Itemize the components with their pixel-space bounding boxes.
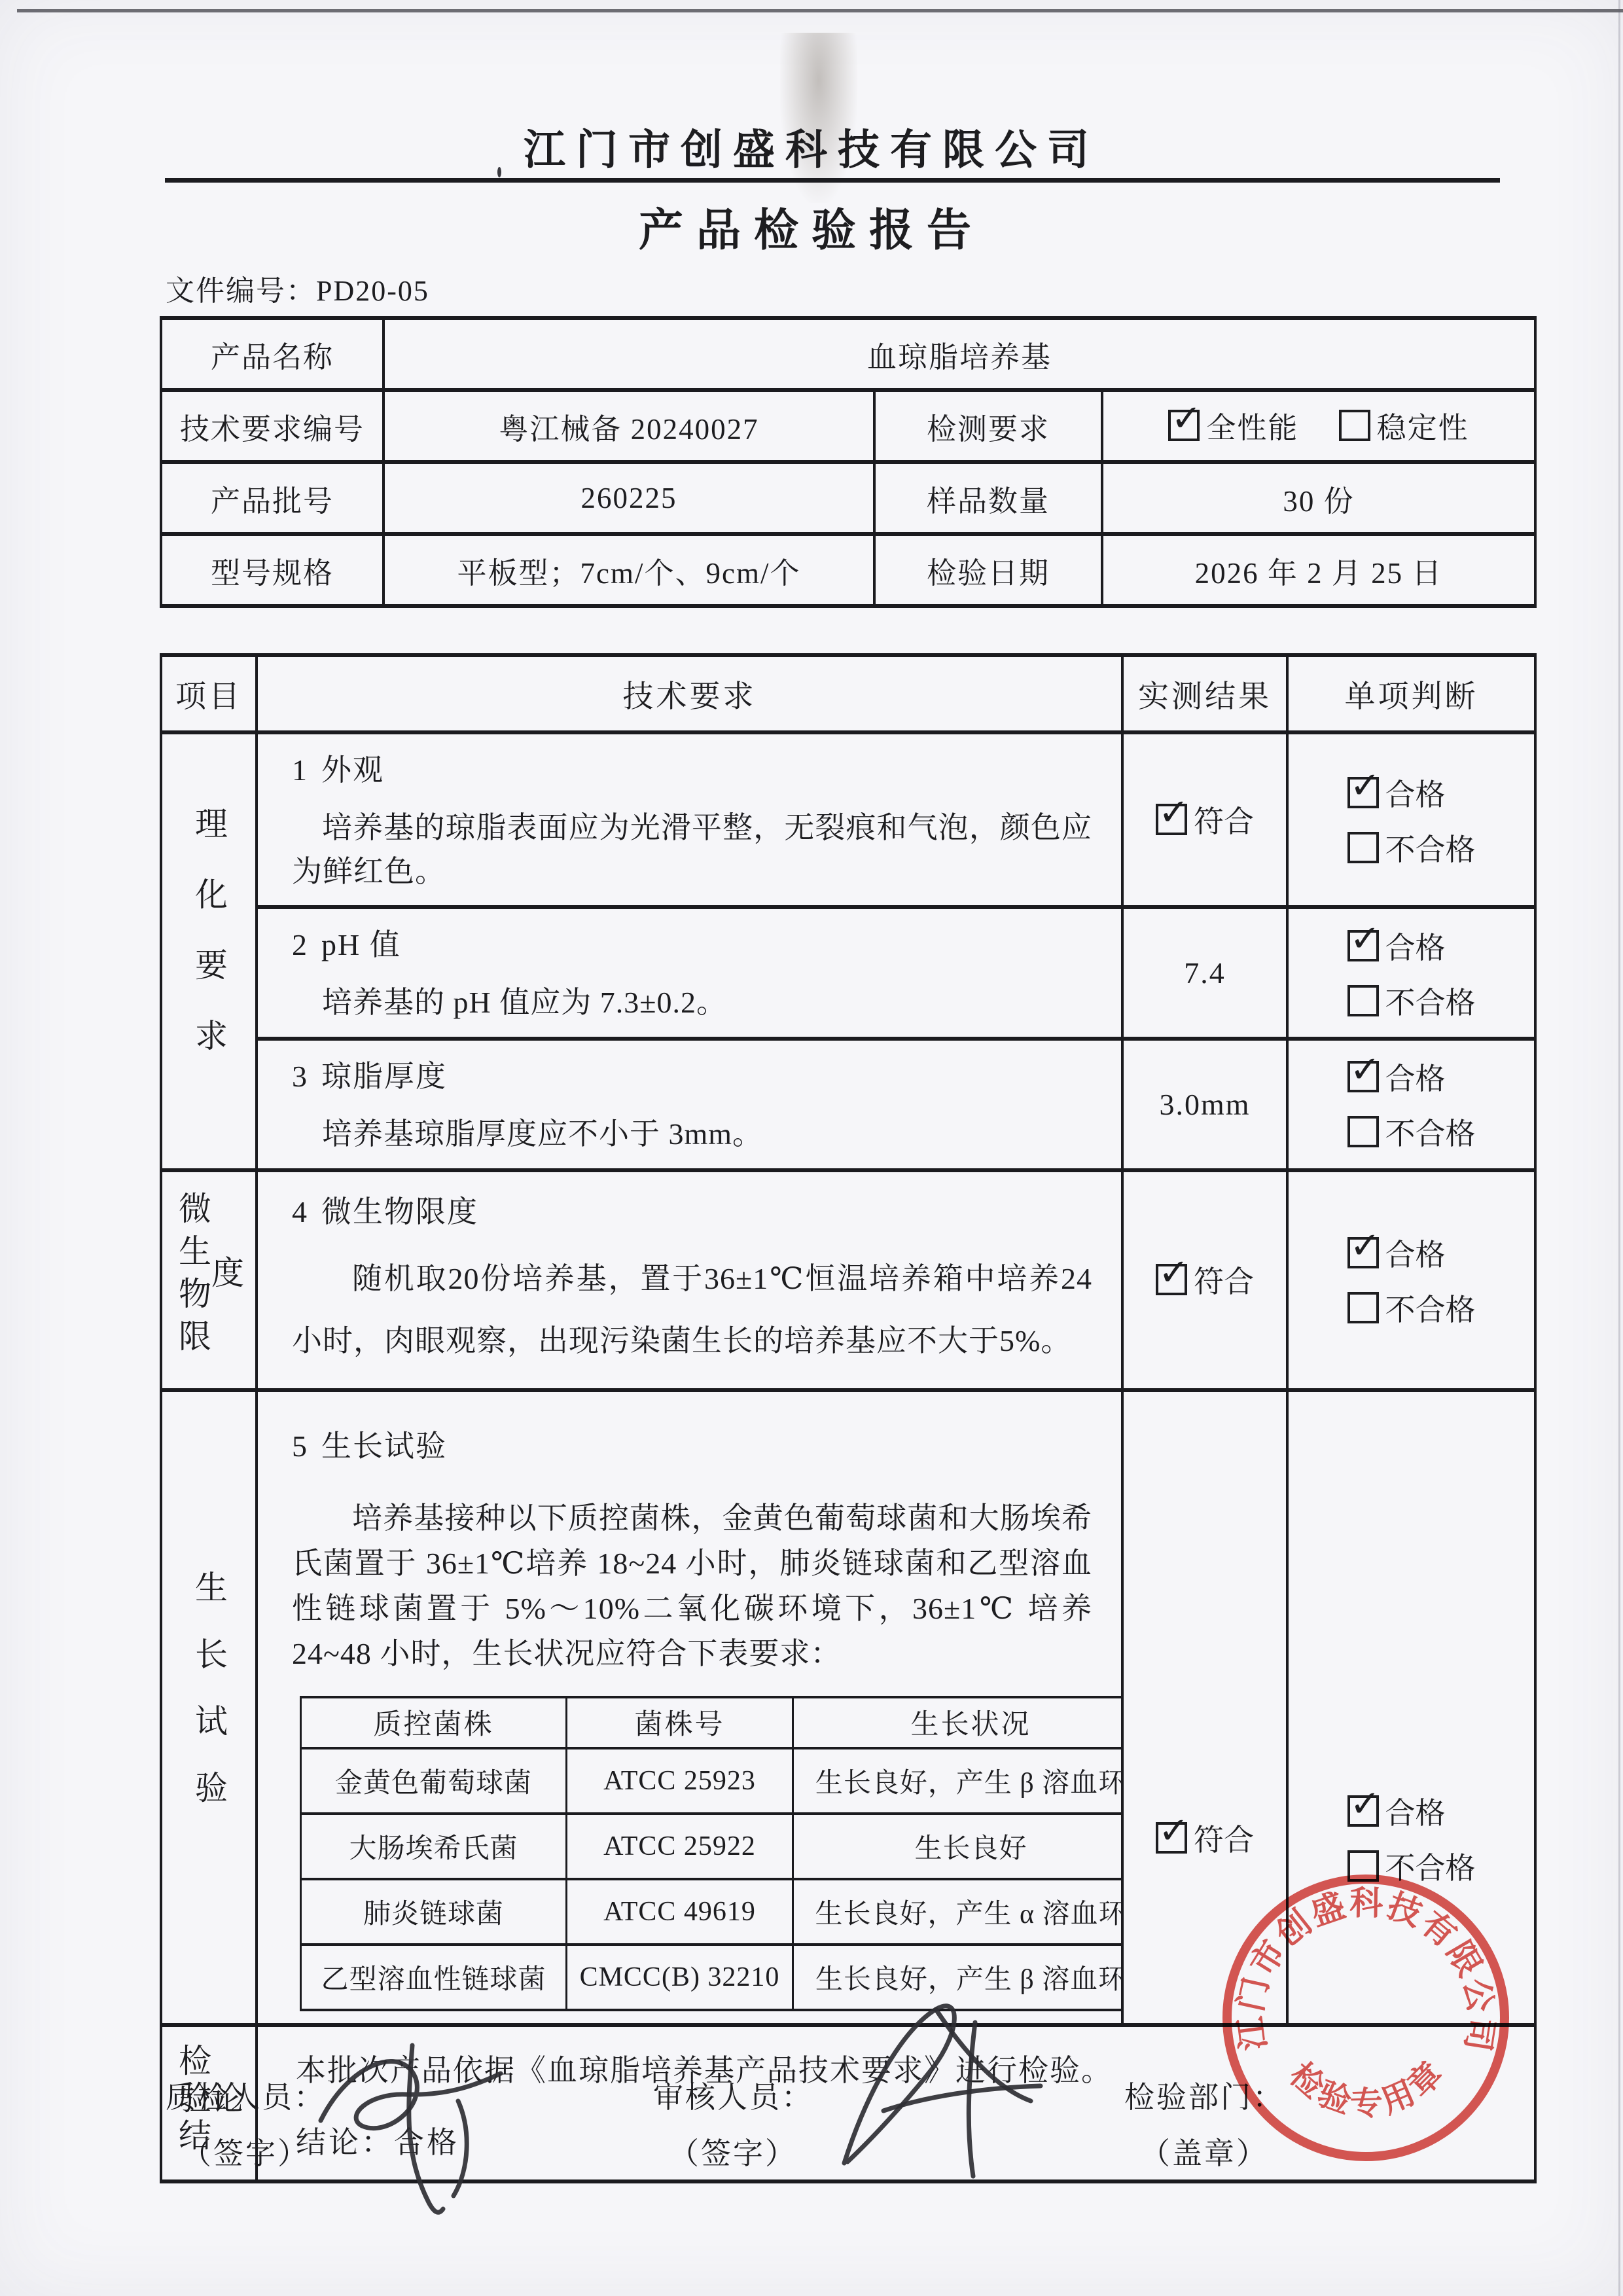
result-thickness: 3.0mm — [1122, 1039, 1287, 1170]
checkbox-checked-icon: ✓ — [1156, 1264, 1187, 1295]
model-value: 平板型；7cm/个、9cm/个 — [383, 534, 874, 606]
date-label: 检验日期 — [874, 534, 1102, 606]
model-label: 型号规格 — [161, 534, 383, 606]
option-label: 全性能 — [1206, 404, 1298, 446]
svg-text:检验专用章: 检验专用章 — [1283, 2053, 1452, 2123]
checkbox-checked-icon: ✓ — [1347, 930, 1379, 961]
growth-row: 金黄色葡萄球菌 ATCC 25923 生长良好，产生 β 溶血环 — [301, 1748, 1123, 1814]
table-row: 技术要求编号 粤江械备 20240027 检测要求 ✓ 全性能 稳定性 — [161, 390, 1535, 462]
table-row: 产品批号 260225 样品数量 30 份 — [161, 462, 1535, 534]
req-thickness: 3琼脂厚度 培养基琼脂厚度应不小于 3mm。 — [257, 1039, 1122, 1170]
growth-row: 大肠埃希氏菌 ATCC 25922 生长良好 — [301, 1814, 1123, 1879]
checkbox-checked-icon: ✓ — [1347, 777, 1379, 808]
growth-test-table: 质控菌株 菌株号 生长状况 金黄色葡萄球菌 ATCC 25923 生长良好，产生… — [300, 1696, 1122, 2011]
result-microbial: ✓符合 — [1122, 1170, 1287, 1390]
table-header-row: 项目 技术要求 实测结果 单项判断 — [161, 655, 1535, 732]
req-number: 1 — [292, 753, 308, 787]
table-row: 3琼脂厚度 培养基琼脂厚度应不小于 3mm。 3.0mm ✓合格 不合格 — [161, 1039, 1535, 1170]
section-label-physchem: 理化要求 — [161, 732, 257, 1170]
table-row: 理化要求 1外观 培养基的琼脂表面应为光滑平整，无裂痕和气泡，颜色应为鲜红色。 … — [161, 732, 1535, 907]
qc-signer-block: 质检人员： （签字） — [166, 2073, 326, 2173]
scanned-report-page: 江门市创盛科技有限公司 产品检验报告 文件编号：PD20-05 产品名称 血琼脂… — [0, 0, 1623, 2296]
qc-signature — [304, 2016, 540, 2225]
checkbox-checked-icon: ✓ — [1168, 410, 1200, 441]
table-row: 产品名称 血琼脂培养基 — [161, 318, 1535, 390]
table-row: 2pH 值 培养基的 pH 值应为 7.3±0.2。 7.4 ✓合格 不合格 — [161, 907, 1535, 1039]
growth-col-strain-no: 菌株号 — [567, 1697, 793, 1748]
reviewer-sub: （签字） — [669, 2130, 813, 2173]
product-info-table: 产品名称 血琼脂培养基 技术要求编号 粤江械备 20240027 检测要求 ✓ … — [160, 316, 1537, 608]
result-ph: 7.4 — [1122, 907, 1287, 1039]
checkbox-unchecked-icon — [1347, 985, 1379, 1016]
growth-col-strain: 质控菌株 — [301, 1697, 567, 1748]
company-name: 江门市创盛科技有限公司 — [0, 117, 1623, 177]
judgment-appearance: ✓合格 不合格 — [1287, 732, 1535, 907]
test-req-options: ✓ 全性能 稳定性 — [1102, 390, 1535, 462]
checkbox-checked-icon: ✓ — [1347, 1795, 1379, 1827]
checkbox-unchecked-icon — [1347, 832, 1379, 863]
checkbox-unchecked-icon — [1339, 410, 1370, 441]
growth-col-status: 生长状况 — [793, 1697, 1123, 1748]
section-label-growth: 生长试验 — [161, 1390, 257, 2025]
col-header-result: 实测结果 — [1122, 655, 1287, 732]
check-mark-icon: ✓ — [1158, 795, 1189, 831]
inspection-stamp-icon: 江门市创盛科技有限公司 检验专用章 — [1219, 1871, 1513, 2165]
req-title: 外观 — [321, 753, 384, 787]
test-req-label: 检测要求 — [874, 390, 1102, 462]
check-mark-icon: ✓ — [1171, 401, 1203, 437]
growth-row: 肺炎链球菌 ATCC 49619 生长良好，产生 α 溶血环 — [301, 1879, 1123, 1945]
checkbox-unchecked-icon — [1347, 1292, 1379, 1323]
option-label: 稳定性 — [1377, 404, 1469, 446]
req-growth: 5生长试验 培养基接种以下质控菌株，金黄色葡萄球菌和大肠埃希氏菌置于 36±1℃… — [257, 1390, 1122, 2025]
reviewer-label: 审核人员： — [653, 2073, 813, 2117]
batch-value: 260225 — [383, 462, 874, 534]
req-appearance: 1外观 培养基的琼脂表面应为光滑平整，无裂痕和气泡，颜色应为鲜红色。 — [257, 732, 1122, 907]
batch-label: 产品批号 — [161, 462, 383, 534]
req-ph: 2pH 值 培养基的 pH 值应为 7.3±0.2。 — [257, 907, 1122, 1039]
growth-header-row: 质控菌株 菌株号 生长状况 — [301, 1697, 1123, 1748]
col-header-tech-req: 技术要求 — [257, 655, 1122, 732]
stamp-caption-text: 检验专用章 — [1283, 2053, 1452, 2123]
judgment-ph: ✓合格 不合格 — [1287, 907, 1535, 1039]
document-number: 文件编号：PD20-05 — [166, 267, 429, 309]
product-name-label: 产品名称 — [161, 318, 383, 390]
tech-req-label: 技术要求编号 — [161, 390, 383, 462]
check-mark-icon: ✓ — [1350, 768, 1381, 804]
checkbox-checked-icon: ✓ — [1347, 1061, 1379, 1092]
col-header-item: 项目 — [161, 655, 257, 732]
scanner-edge-line — [17, 9, 1623, 12]
result-appearance: ✓符合 — [1122, 732, 1287, 907]
report-title: 产品检验报告 — [0, 195, 1623, 259]
req-microbial: 4微生物限度 随机取20份培养基，置于36±1℃恒温培养箱中培养24小时，肉眼观… — [257, 1170, 1122, 1390]
sample-qty-value: 30 份 — [1102, 462, 1535, 534]
reviewer-signature — [808, 1986, 1083, 2202]
req-description: 培养基的琼脂表面应为光滑平整，无裂痕和气泡，颜色应为鲜红色。 — [292, 806, 1092, 893]
date-value: 2026 年 2 月 25 日 — [1102, 534, 1535, 606]
sample-qty-label: 样品数量 — [874, 462, 1102, 534]
table-row: 微生物限度 4微生物限度 随机取20份培养基，置于36±1℃恒温培养箱中培养24… — [161, 1170, 1535, 1390]
section-label-microbial: 微生物限度 — [161, 1170, 257, 1390]
tech-req-value: 粤江械备 20240027 — [383, 390, 874, 462]
checkbox-unchecked-icon — [1347, 1116, 1379, 1147]
qc-signer-label: 质检人员： — [166, 2073, 326, 2117]
judgment-microbial: ✓合格 不合格 — [1287, 1170, 1535, 1390]
scanner-edge-line — [1618, 0, 1620, 2296]
reviewer-block: 审核人员： （签字） — [653, 2073, 813, 2173]
checkbox-checked-icon: ✓ — [1156, 1822, 1187, 1854]
product-name-value: 血琼脂培养基 — [383, 318, 1535, 390]
judgment-thickness: ✓合格 不合格 — [1287, 1039, 1535, 1170]
checkbox-checked-icon: ✓ — [1156, 804, 1187, 835]
table-row: 型号规格 平板型；7cm/个、9cm/个 检验日期 2026 年 2 月 25 … — [161, 534, 1535, 606]
header-divider — [165, 178, 1500, 183]
col-header-judgment: 单项判断 — [1287, 655, 1535, 732]
checkbox-checked-icon: ✓ — [1347, 1237, 1379, 1268]
